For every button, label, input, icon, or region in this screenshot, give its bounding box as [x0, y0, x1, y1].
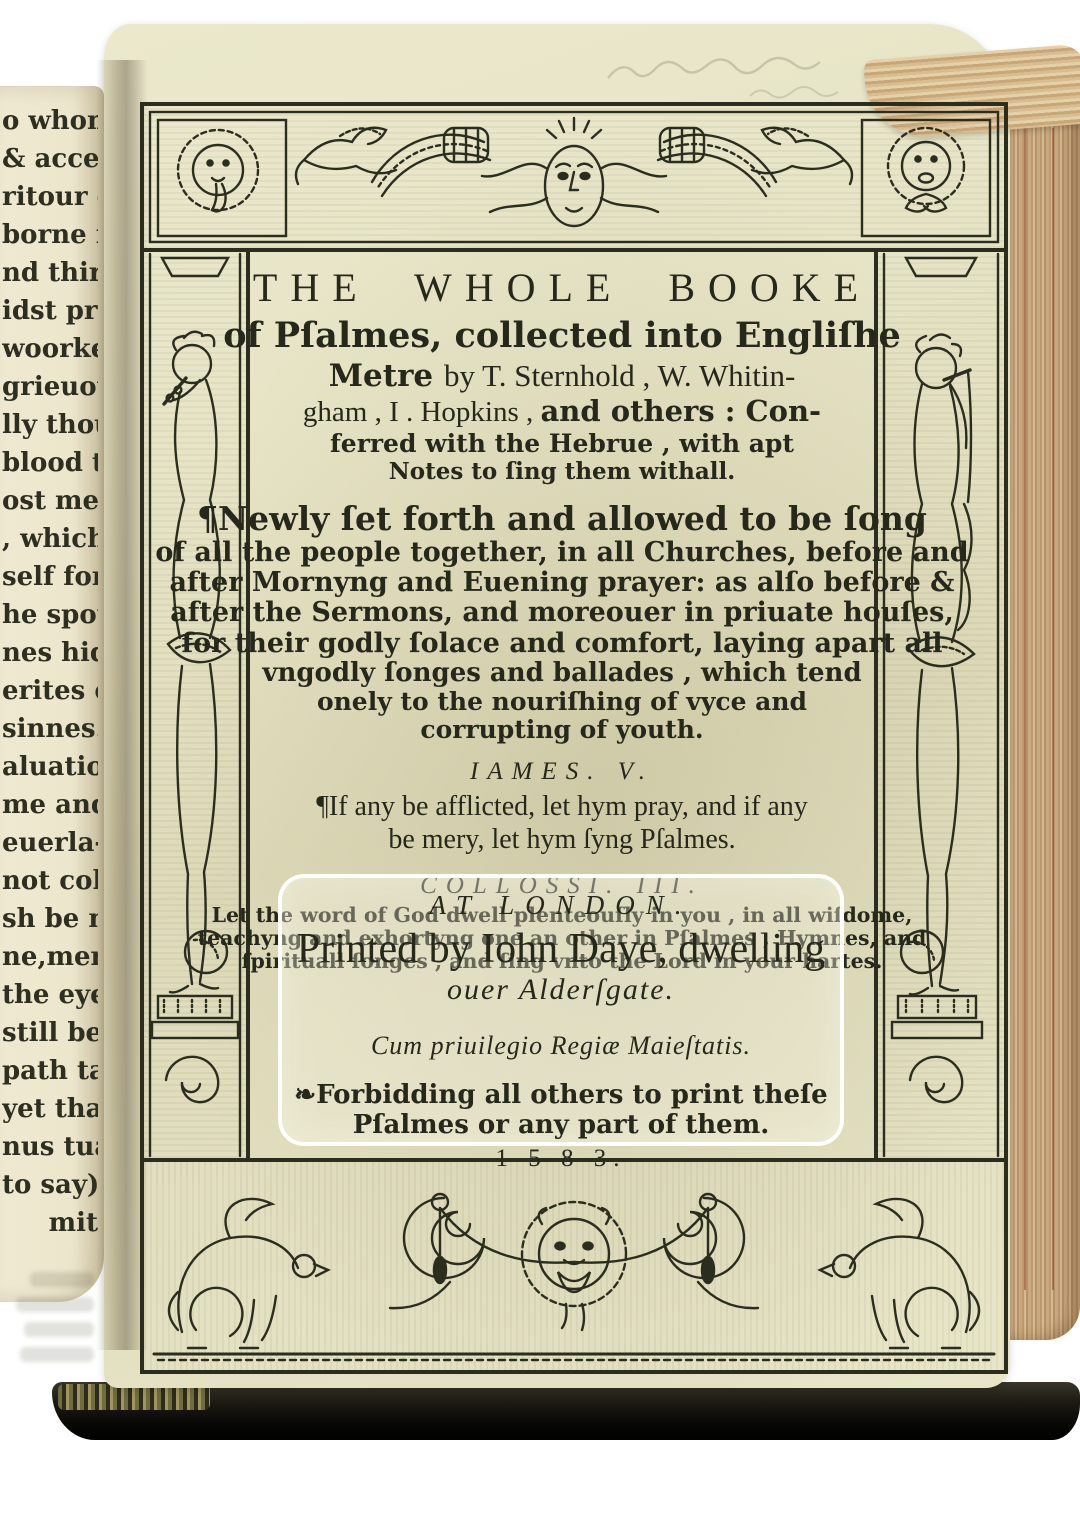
james-quote: ¶If any be afflicted, let hym pray, and … — [316, 790, 808, 856]
title-line-4-blackletter: and others : Con- — [541, 394, 822, 428]
preface-line: after Mornyng and Euening prayer: as alſ… — [155, 568, 968, 598]
facing-page-line: the eyes — [2, 976, 98, 1014]
title-line-4-roman: gham , I . Hopkins , — [303, 396, 541, 428]
facing-page-line: lly thou — [2, 406, 98, 444]
imprint-address: ouer Alderſgate. — [447, 973, 675, 1007]
woodcut-border-frame: THE WHOLE BOOKE of Pſalmes, collected in… — [140, 102, 1008, 1374]
facing-page-line: woorkes — [2, 330, 98, 368]
james-quote-line: ¶If any be afflicted, let hym pray, and … — [316, 790, 808, 823]
facing-page-line: ritour of — [2, 178, 98, 216]
imprint-privilege: Cum priuilegio Regiæ Maieſtatis. — [371, 1031, 751, 1061]
facing-page-line: aluation — [2, 748, 98, 786]
preface-line: onely to the nouriſhing of vyce and — [155, 688, 968, 716]
dragon-left-icon — [296, 128, 396, 184]
james-heading: IAMES. V. — [470, 758, 654, 786]
leaf-ornament-icon: ❧ — [294, 1080, 316, 1110]
lion-mask-icon — [522, 1202, 626, 1330]
imprint-forbid-line1: ❧Forbidding all others to print theſe — [294, 1081, 827, 1111]
imprint-highlight-box: AT LONDON. Printed by Iohn Daye, dwellin… — [278, 874, 844, 1146]
title-line-3: Metre by T. Sternhold , W. Whitin- — [329, 358, 796, 394]
preface-line: ¶Newly ſet forth and allowed to be ſong — [155, 501, 968, 538]
imprint-printer: Printed by Iohn Daye, dwelling — [297, 925, 825, 973]
griffin-left-icon — [169, 1199, 328, 1348]
facing-page-text: o whom& acceptritour ofborne fornd thirs… — [2, 102, 98, 1242]
faint-handwriting — [600, 32, 1020, 104]
show-through-marks — [14, 1262, 94, 1372]
facing-page-line: yet that — [2, 1090, 98, 1128]
facing-page-line: to say) — [2, 1166, 98, 1204]
show-through-mark — [16, 1297, 94, 1312]
top-band-art — [144, 106, 1004, 248]
cornucopia-right-icon — [658, 128, 776, 196]
title-line-5: ferred with the Hebrue , with apt — [330, 429, 794, 458]
imprint-forbid-line2: Pſalmes or any part of them. — [353, 1111, 770, 1141]
title-line-2: of Pſalmes, collected into Engliſhe — [223, 315, 901, 356]
mask-face-icon — [482, 118, 666, 226]
facing-page-line: idst pray — [2, 292, 98, 330]
facing-page-line: mit — [2, 1204, 98, 1242]
fore-edge-streak — [1052, 128, 1054, 1289]
facing-page-line: blood to — [2, 444, 98, 482]
facing-page-line: , which — [2, 520, 98, 558]
facing-page-line: path ta- — [2, 1052, 98, 1090]
facing-page-line: he spots — [2, 596, 98, 634]
imprint-place: AT LONDON. — [429, 890, 692, 921]
woodcut-top-band — [144, 106, 1004, 252]
facing-page-line: still be- — [2, 1014, 98, 1052]
scroll-right-icon — [664, 1198, 758, 1308]
facing-page-line: erites of — [2, 672, 98, 710]
facing-page-line: grieuous — [2, 368, 98, 406]
volute-icon — [166, 1057, 218, 1102]
facing-page-line: sh be not — [2, 900, 98, 938]
show-through-mark — [24, 1322, 94, 1337]
preface-line: after the Sermons, and moreouer in priua… — [155, 598, 968, 628]
woodcut-bottom-band — [144, 1158, 1004, 1370]
facing-page-line: ne,mer- — [2, 938, 98, 976]
facing-page-line: ost mer- — [2, 482, 98, 520]
facing-page-line: not cold — [2, 862, 98, 900]
scroll-left-icon — [390, 1198, 484, 1308]
imprint-year: 1 5 8 3. — [496, 1145, 627, 1173]
fore-edge-streak — [1024, 128, 1026, 1289]
lion-medallion-right-icon — [862, 120, 990, 236]
facing-page-line: & accept — [2, 140, 98, 178]
fore-edge-pages — [1006, 78, 1080, 1340]
facing-page-line: euerla- — [2, 824, 98, 862]
imprint-forbid-text1: Forbidding all others to print theſe — [316, 1080, 828, 1110]
lion-medallion-left-icon — [158, 120, 286, 236]
facing-page-line: nes hide — [2, 634, 98, 672]
volute-icon — [910, 1057, 962, 1102]
facing-page-line: sinnes. — [2, 710, 98, 748]
facing-page-line: borne for — [2, 216, 98, 254]
dragon-right-icon — [752, 128, 852, 184]
pedestal-icon — [152, 996, 238, 1102]
title-line-6: Notes to ſing them withall. — [389, 458, 736, 485]
james-quote-line: be mery, let hym ſyng Pſalmes. — [316, 823, 808, 856]
show-through-mark — [30, 1272, 94, 1287]
facing-page-line: o whom — [2, 102, 98, 140]
bottom-band-art — [144, 1162, 1004, 1370]
cornucopia-left-icon — [372, 128, 490, 196]
preface-line: vngodly ſonges and ballades , which tend — [155, 659, 968, 688]
pedestal-icon — [892, 996, 982, 1102]
preface-line: corrupting of youth. — [155, 716, 968, 744]
title-line-3-blackletter: Metre — [329, 358, 444, 394]
preface-line: of all the people together, in all Churc… — [155, 538, 968, 568]
preface-line: for their godly ſolace and comfort, layi… — [155, 629, 968, 659]
title-line-3-roman: by T. Sternhold , W. Whitin- — [444, 358, 795, 393]
facing-page-line: me and — [2, 786, 98, 824]
facing-page-edge: o whom& acceptritour ofborne fornd thirs… — [0, 86, 104, 1302]
preface-paragraph: ¶Newly ſet forth and allowed to be ſongo… — [155, 501, 968, 744]
title-line-4: gham , I . Hopkins , and others : Con- — [303, 394, 821, 429]
book-photo: o whom& acceptritour ofborne fornd thirs… — [0, 0, 1080, 1514]
show-through-mark — [20, 1347, 94, 1362]
facing-page-line: nus tuas — [2, 1128, 98, 1166]
facing-page-line: self for — [2, 558, 98, 596]
griffin-right-icon — [820, 1199, 979, 1348]
facing-page-line: nd thirst — [2, 254, 98, 292]
main-title: THE WHOLE BOOKE — [253, 264, 871, 311]
